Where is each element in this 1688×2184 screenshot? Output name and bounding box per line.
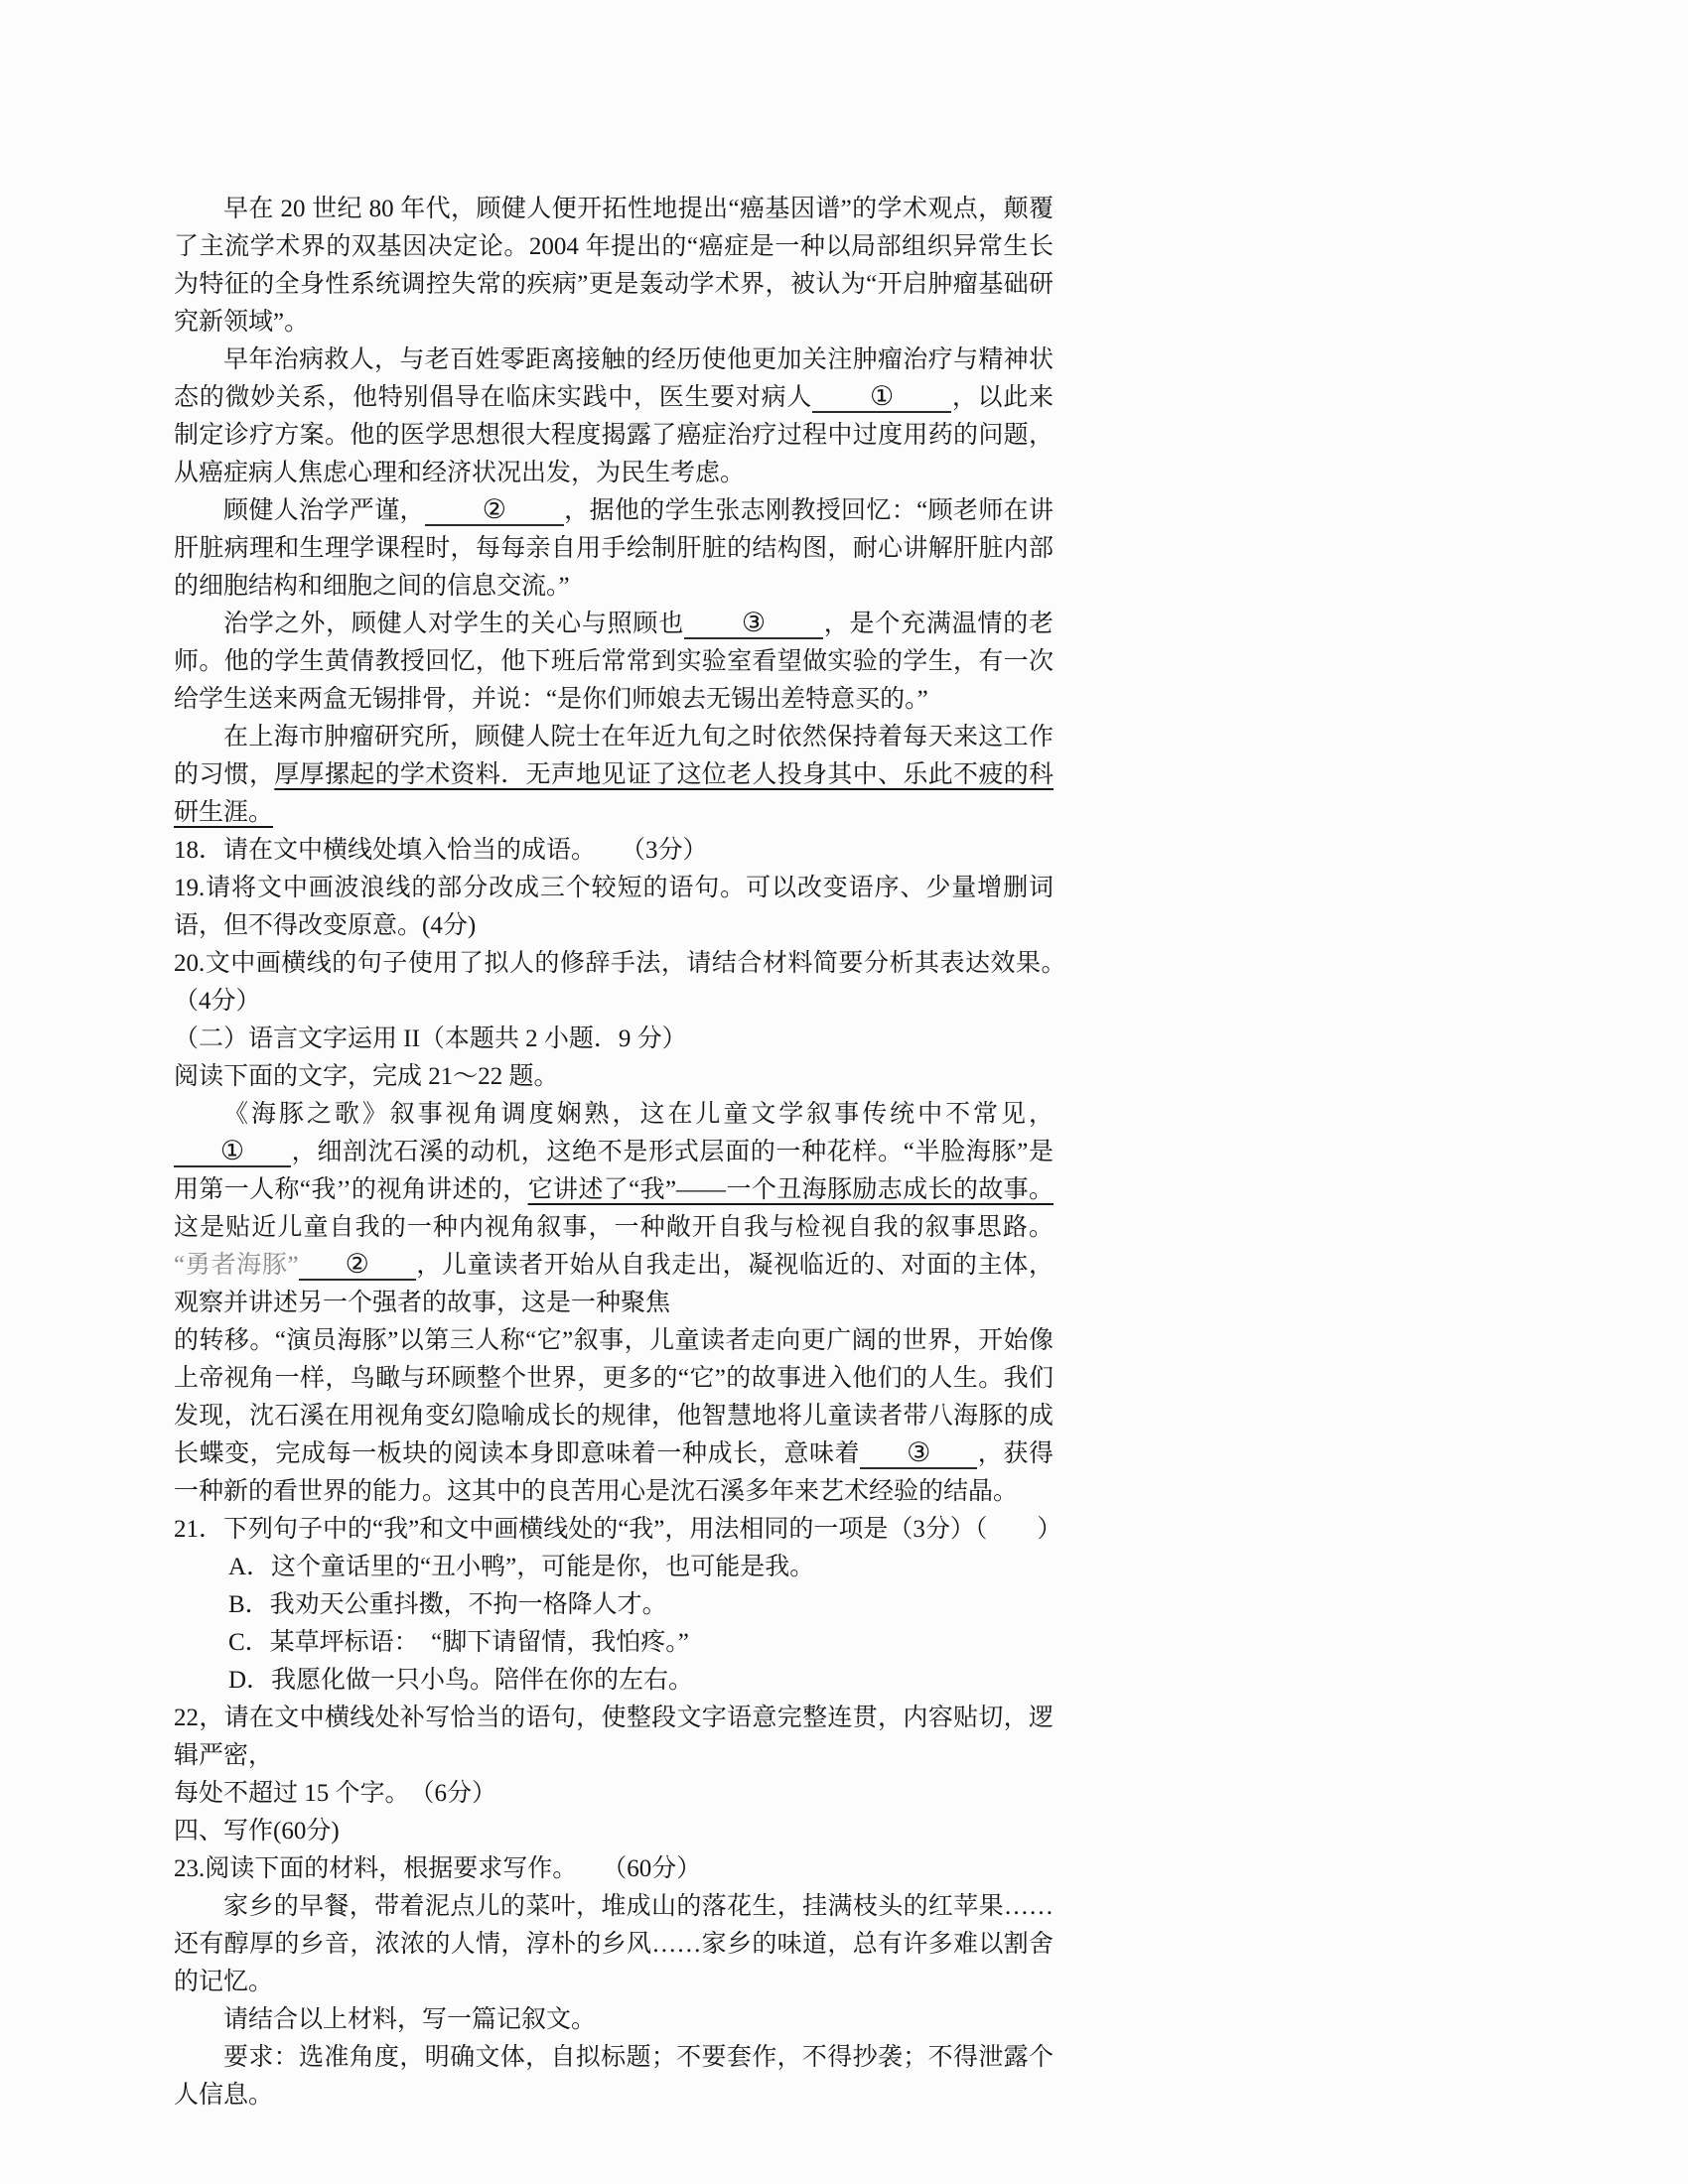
paragraph-text: 早在 20 世纪 80 年代，顾健人便开拓性地提出“癌基因谱”的学术观点，颠覆了…	[174, 196, 1054, 336]
section-heading-text: （二）语言文字运用 II（本题共 2 小题．9 分）	[174, 1025, 687, 1052]
writing-requirements: 要求：选准角度，明确文体，自拟标题；不要套作，不得抄袭；不得泄露个人信息。	[174, 2039, 1054, 2115]
instruction-text: 要求：选准角度，明确文体，自拟标题；不要套作，不得抄袭；不得泄露个人信息。	[174, 2044, 1054, 2109]
option-d: D．我愿化做一只小鸟。陪伴在你的左右。	[174, 1662, 1054, 1700]
paragraph-gu-institute: 在上海市肿瘤研究所，顾健人院士在年近九旬之时依然保持着每天来这工作的习惯，厚厚摞…	[174, 719, 1054, 832]
blank-4-circled-number: ①	[174, 1136, 291, 1167]
instruction-text: 请结合以上材料，写一篇记叙文。	[223, 2006, 596, 2033]
option-text: A．这个童话里的“丑小鸭”，可能是你，也可能是我。	[228, 1554, 814, 1580]
section-heading-language-use-2: （二）语言文字运用 II（本题共 2 小题．9 分）	[174, 1021, 1054, 1058]
question-22-line-1: 22，请在文中横线处补写恰当的语句，使整段文字语意完整连贯，内容贴切，逻辑严密，	[174, 1700, 1054, 1775]
question-text: 20.文中画横线的句子使用了拟人的修辞手法，请结合材料简要分析其表达效果。 （4…	[174, 950, 1103, 1015]
paragraph-gu-practice: 早年治病救人，与老百姓零距离接触的经历使他更加关注肿瘤治疗与精神状态的微妙关系，…	[174, 341, 1054, 492]
blank-3-circled-number: ③	[684, 608, 823, 639]
question-text: 18．请在文中横线处填入恰当的成语。 （3分）	[174, 837, 708, 864]
paragraph-text: 治学之外，顾健人对学生的关心与照顾也	[223, 611, 684, 637]
option-text: B．我劝天公重抖擞，不拘一格降人才。	[228, 1591, 667, 1618]
option-b: B．我劝天公重抖擞，不拘一格降人才。	[174, 1586, 1054, 1624]
section-heading-writing: 四、写作(60分)	[174, 1813, 1054, 1850]
question-20: 20.文中画横线的句子使用了拟人的修辞手法，请结合材料简要分析其表达效果。 （4…	[174, 945, 1054, 1021]
paragraph-gu-care: 治学之外，顾健人对学生的关心与照顾也③，是个充满温情的老师。他的学生黄倩教授回忆…	[174, 606, 1054, 719]
paragraph-text: 家乡的早餐，带着泥点儿的菜叶，堆成山的落花生，挂满枝头的红苹果……还有醇厚的乡音…	[174, 1893, 1054, 1995]
blank-5-circled-number: ②	[299, 1249, 416, 1281]
underlined-sentence-wo: 它讲述了“我”——一个丑海豚励志成长的故事。	[528, 1176, 1054, 1203]
question-21: 21．下列句子中的“我”和文中画横线处的“我”，用法相同的一项是（3分）（ ）	[174, 1511, 1054, 1549]
question-text: 19.请将文中画波浪线的部分改成三个较短的语句。可以改变语序、少量增删词语，但不…	[174, 875, 1054, 939]
paragraph-text: 顾健人治学严谨，	[223, 497, 425, 524]
paragraph-text: 这是贴近儿童自我的一种内视角叙事，一种敞开自我与检视自我的叙事思路。	[174, 1214, 1054, 1241]
paragraph-gu-teaching: 顾健人治学严谨，②，据他的学生张志刚教授回忆：“顾老师在讲肝脏病理和生理学课程时…	[174, 492, 1054, 606]
faded-text-brave-dolphin: “勇者海豚”	[174, 1252, 299, 1279]
blank-1-circled-number: ①	[812, 381, 951, 413]
writing-request: 请结合以上材料，写一篇记叙文。	[174, 2001, 1054, 2039]
underlined-sentence: 厚厚摞起的学术资料．无声地见证了这位老人投身其中、乐此不疲的科研生涯。	[174, 761, 1054, 826]
paragraph-text: 《海豚之歌》叙事视角调度娴熟，这在儿童文学叙事传统中不常见，	[223, 1101, 1054, 1128]
paragraph-writing-material: 家乡的早餐，带着泥点儿的菜叶，堆成山的落花生，挂满枝头的红苹果……还有醇厚的乡音…	[174, 1888, 1054, 2001]
question-22-line-2: 每处不超过 15 个字。 （6分）	[174, 1775, 1054, 1813]
question-18: 18．请在文中横线处填入恰当的成语。 （3分）	[174, 832, 1054, 870]
question-text: 21．下列句子中的“我”和文中画横线处的“我”，用法相同的一项是（3分）（ ）	[174, 1516, 1061, 1543]
question-text: 每处不超过 15 个字。 （6分）	[174, 1780, 496, 1807]
reading-instruction: 阅读下面的文字，完成 21～22 题。	[174, 1058, 1054, 1096]
blank-2-circled-number: ②	[425, 494, 564, 526]
question-19: 19.请将文中画波浪线的部分改成三个较短的语句。可以改变语序、少量增删词语，但不…	[174, 870, 1054, 945]
instruction-text: 阅读下面的文字，完成 21～22 题。	[174, 1063, 559, 1090]
paragraph-dolphin-song: 《海豚之歌》叙事视角调度娴熟，这在儿童文学叙事传统中不常见，①，细剖沈石溪的动机…	[174, 1096, 1054, 1511]
exam-page: 早在 20 世纪 80 年代，顾健人便开拓性地提出“癌基因谱”的学术观点，颠覆了…	[174, 191, 1054, 2115]
blank-6-circled-number: ③	[860, 1437, 977, 1469]
question-text: 23.阅读下面的材料，根据要求写作。 （60分）	[174, 1855, 701, 1882]
option-text: D．我愿化做一只小鸟。陪伴在你的左右。	[228, 1667, 693, 1694]
section-heading-text: 四、写作(60分)	[174, 1818, 340, 1844]
question-text: 22，请在文中横线处补写恰当的语句，使整段文字语意完整连贯，内容贴切，逻辑严密，	[174, 1705, 1054, 1769]
paragraph-gu-intro: 早在 20 世纪 80 年代，顾健人便开拓性地提出“癌基因谱”的学术观点，颠覆了…	[174, 191, 1054, 341]
question-23: 23.阅读下面的材料，根据要求写作。 （60分）	[174, 1850, 1054, 1888]
option-c: C．某草坪标语： “脚下请留情，我怕疼。”	[174, 1624, 1054, 1662]
option-text: C．某草坪标语： “脚下请留情，我怕疼。”	[228, 1629, 689, 1656]
option-a: A．这个童话里的“丑小鸭”，可能是你，也可能是我。	[174, 1549, 1054, 1586]
